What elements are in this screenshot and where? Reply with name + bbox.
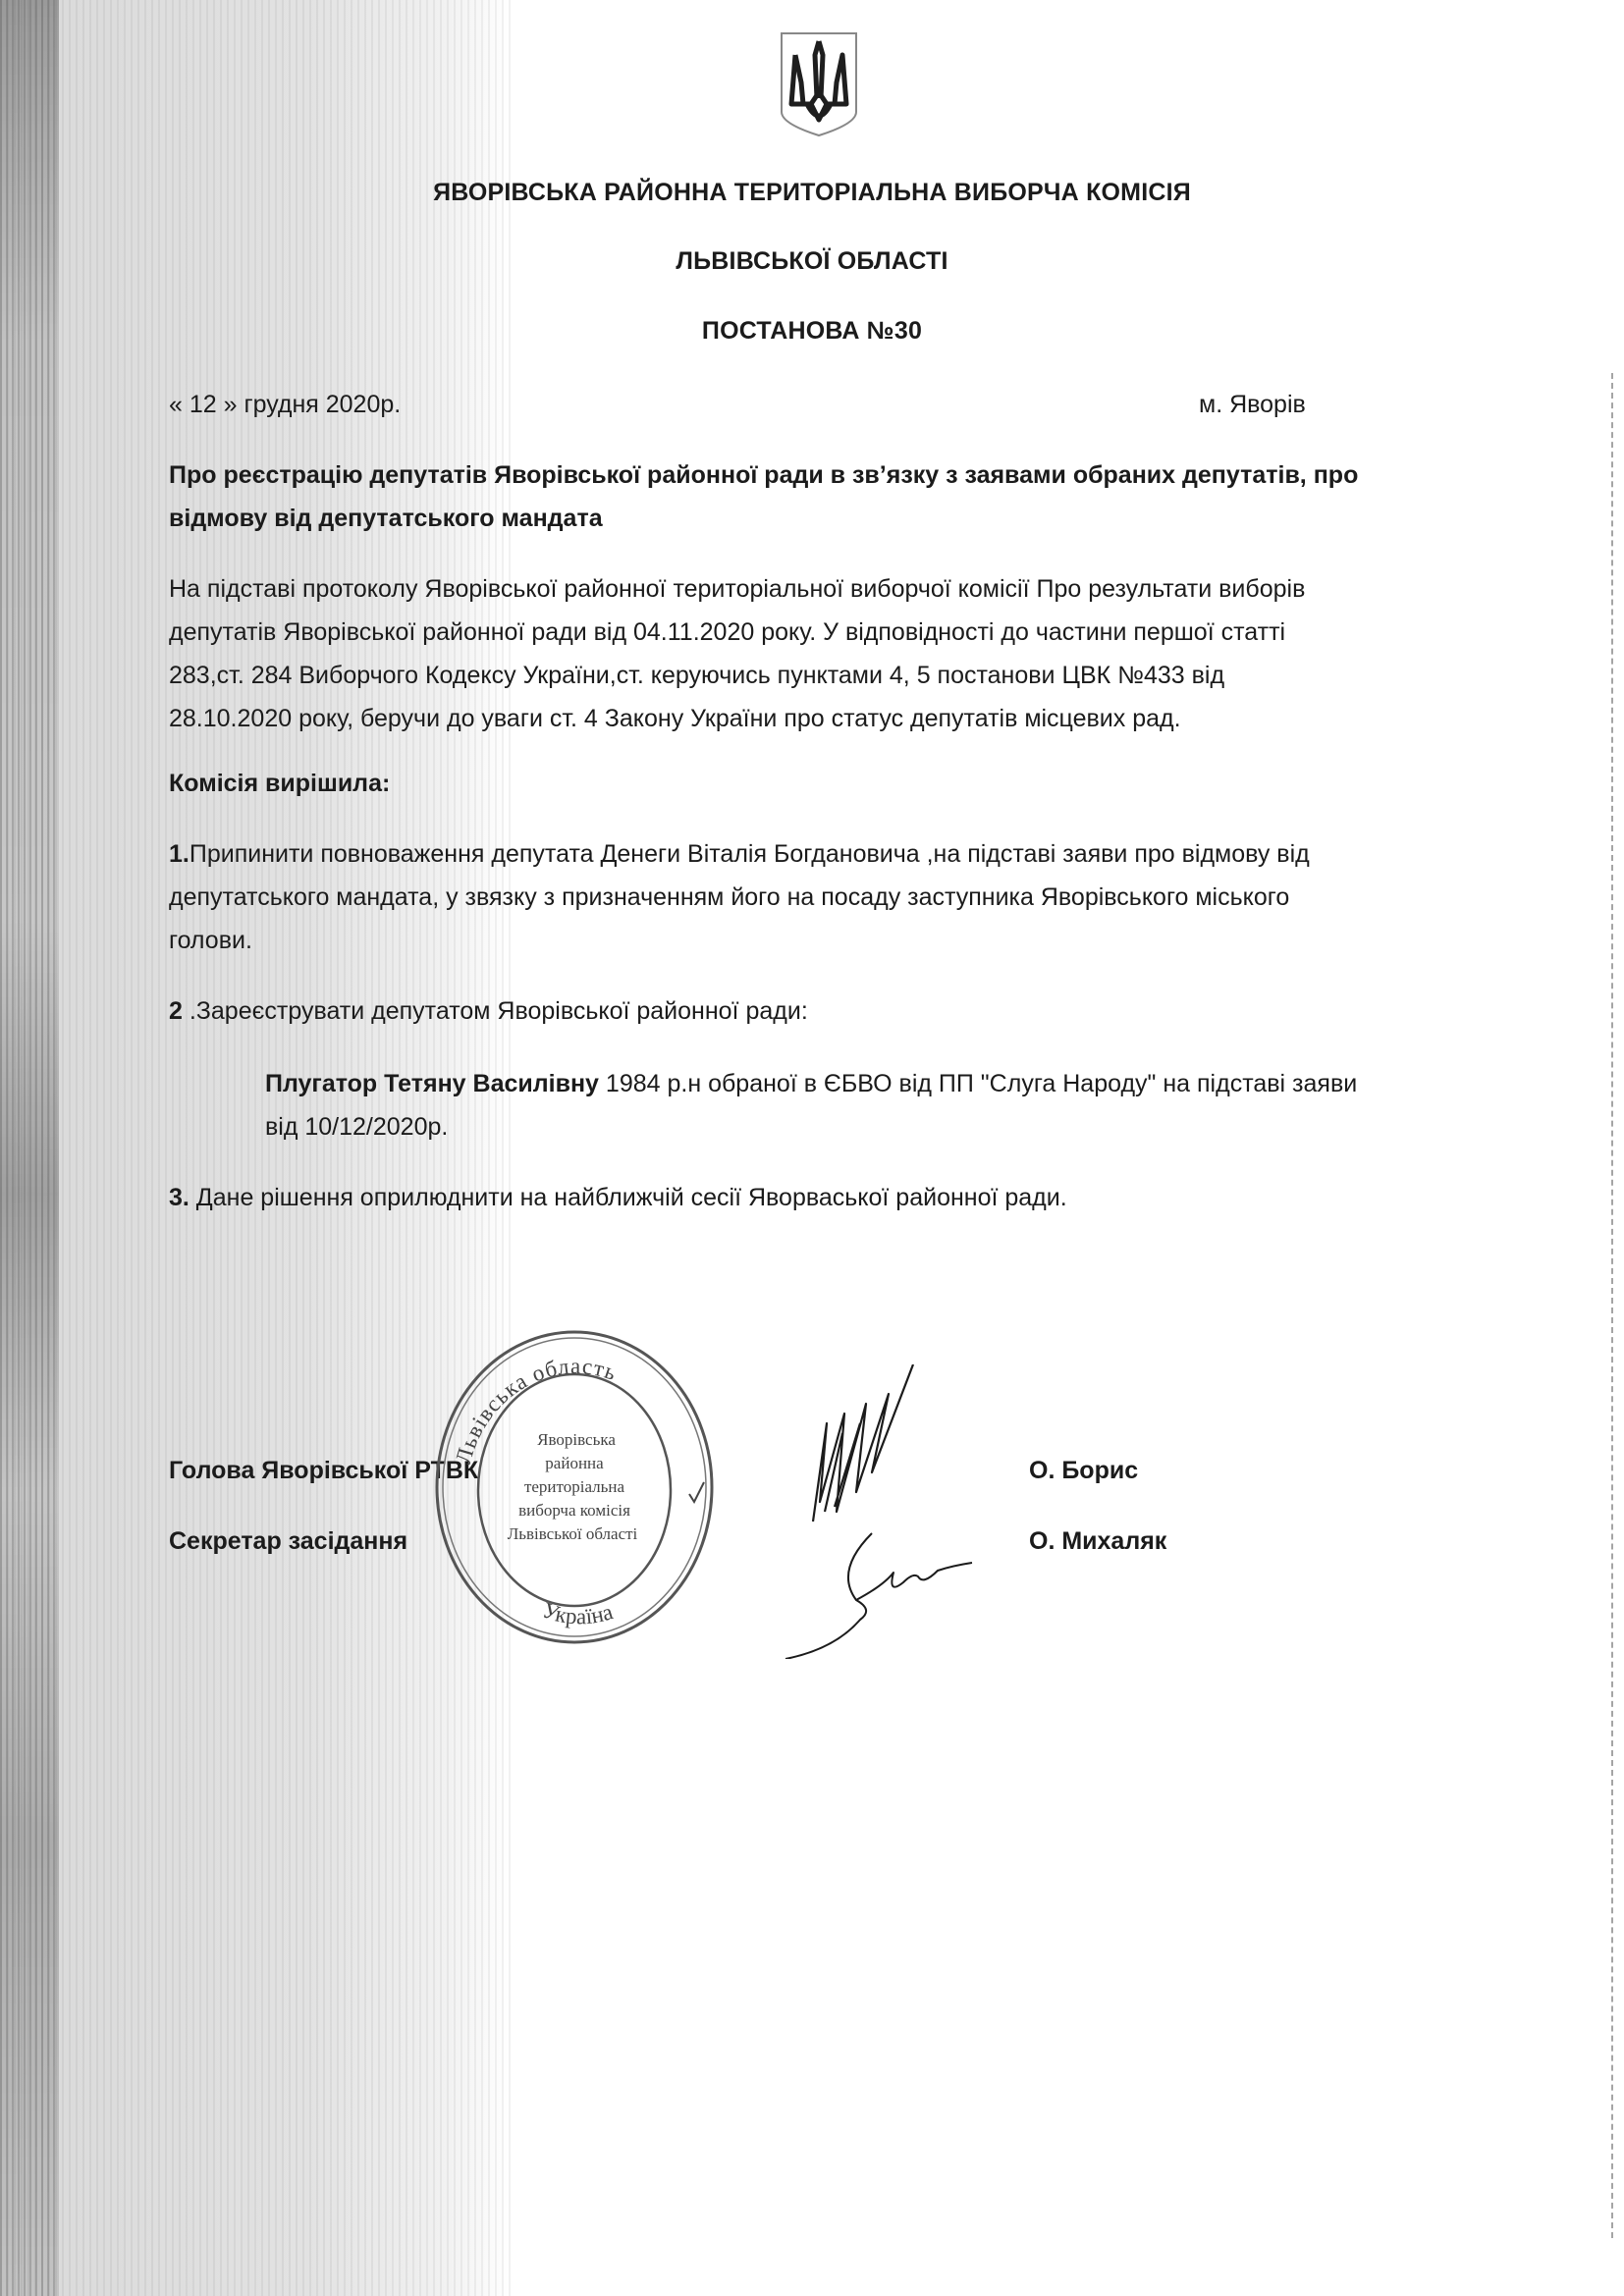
resolution-number: ПОСТАНОВА №30 — [0, 317, 1624, 346]
deputy-name: Плугатор Тетяну Василівну — [265, 1070, 599, 1097]
item-1-line: 1.Припинити повноваження депутата Денеги… — [169, 832, 1465, 876]
decision-item-3: 3. Дане рішення оприлюднити на найближчі… — [169, 1176, 1465, 1219]
deputy-details: 1984 р.н обраної в ЄБВО від ПП "Слуга На… — [599, 1070, 1357, 1097]
chair-signature — [766, 1364, 1001, 1659]
seal-inner-text: виборча комісія — [518, 1501, 630, 1520]
document-subject: Про реєстрацію депутатів Яворівської рай… — [169, 454, 1465, 540]
decision-item-1: 1.Припинити повноваження депутата Денеги… — [169, 832, 1465, 962]
secretary-title: Секретар засідання — [169, 1527, 407, 1556]
svg-text:Львівська область: Львівська область — [451, 1354, 621, 1467]
preamble-line: 283,ст. 284 Виборчого Кодексу України,ст… — [169, 654, 1465, 697]
item-3-line: 3. Дане рішення оприлюднити на найближчі… — [169, 1176, 1465, 1219]
seal-inner-text: Яворівська — [537, 1430, 616, 1449]
preamble-line: На підставі протоколу Яворівської районн… — [169, 567, 1465, 611]
document-date: « 12 » грудня 2020р. — [169, 391, 401, 419]
deputy-line: від 10/12/2020р. — [265, 1105, 1473, 1148]
subject-line: відмову від депутатського мандата — [169, 497, 1465, 540]
item-1-line: голови. — [169, 919, 1465, 962]
item-1-line: депутатського мандата, у звязку з призна… — [169, 876, 1465, 919]
scan-right-edge-line — [1611, 373, 1613, 2238]
official-seal: Львівська область Україна Яворівська рай… — [427, 1325, 722, 1649]
seal-inner-text: територіальна — [524, 1477, 625, 1496]
item-number: 2 — [169, 997, 183, 1025]
preamble-line: депутатів Яворівської районної ради від … — [169, 611, 1465, 654]
item-text: Припинити повноваження депутата Денеги В… — [189, 840, 1310, 868]
item-text: .Зареєструвати депутатом Яворівської рай… — [183, 997, 808, 1025]
seal-inner-text: Львівської області — [508, 1524, 638, 1543]
seal-outer-bottom-text: Україна — [539, 1598, 616, 1629]
preamble-line: 28.10.2020 року, беручи до уваги ст. 4 З… — [169, 697, 1465, 740]
seal-outer-top-text: Львівська область — [451, 1354, 621, 1467]
coat-of-arms-trident-icon — [778, 29, 860, 139]
decision-item-2: 2 .Зареєструвати депутатом Яворівської р… — [169, 989, 1465, 1033]
deputy-line: Плугатор Тетяну Василівну 1984 р.н обран… — [265, 1062, 1473, 1105]
item-number: 3. — [169, 1184, 189, 1211]
document-place: м. Яворів — [1199, 391, 1306, 419]
decided-label: Комісія вирішила: — [169, 770, 390, 798]
svg-text:Україна: Україна — [539, 1598, 616, 1629]
subject-line: Про реєстрацію депутатів Яворівської рай… — [169, 454, 1465, 497]
item-number: 1. — [169, 840, 189, 868]
chair-name: О. Борис — [1029, 1457, 1138, 1485]
preamble: На підставі протоколу Яворівської районн… — [169, 567, 1465, 740]
item-2-line: 2 .Зареєструвати депутатом Яворівської р… — [169, 989, 1465, 1033]
item-text: Дане рішення оприлюднити на найближчій с… — [189, 1184, 1067, 1211]
registered-deputy: Плугатор Тетяну Василівну 1984 р.н обран… — [265, 1062, 1473, 1148]
secretary-name: О. Михаляк — [1029, 1527, 1166, 1556]
commission-title: ЯВОРІВСЬКА РАЙОННА ТЕРИТОРІАЛЬНА ВИБОРЧА… — [0, 179, 1624, 207]
seal-inner-text: районна — [545, 1454, 604, 1472]
region-title: ЛЬВІВСЬКОЇ ОБЛАСТІ — [0, 247, 1624, 276]
